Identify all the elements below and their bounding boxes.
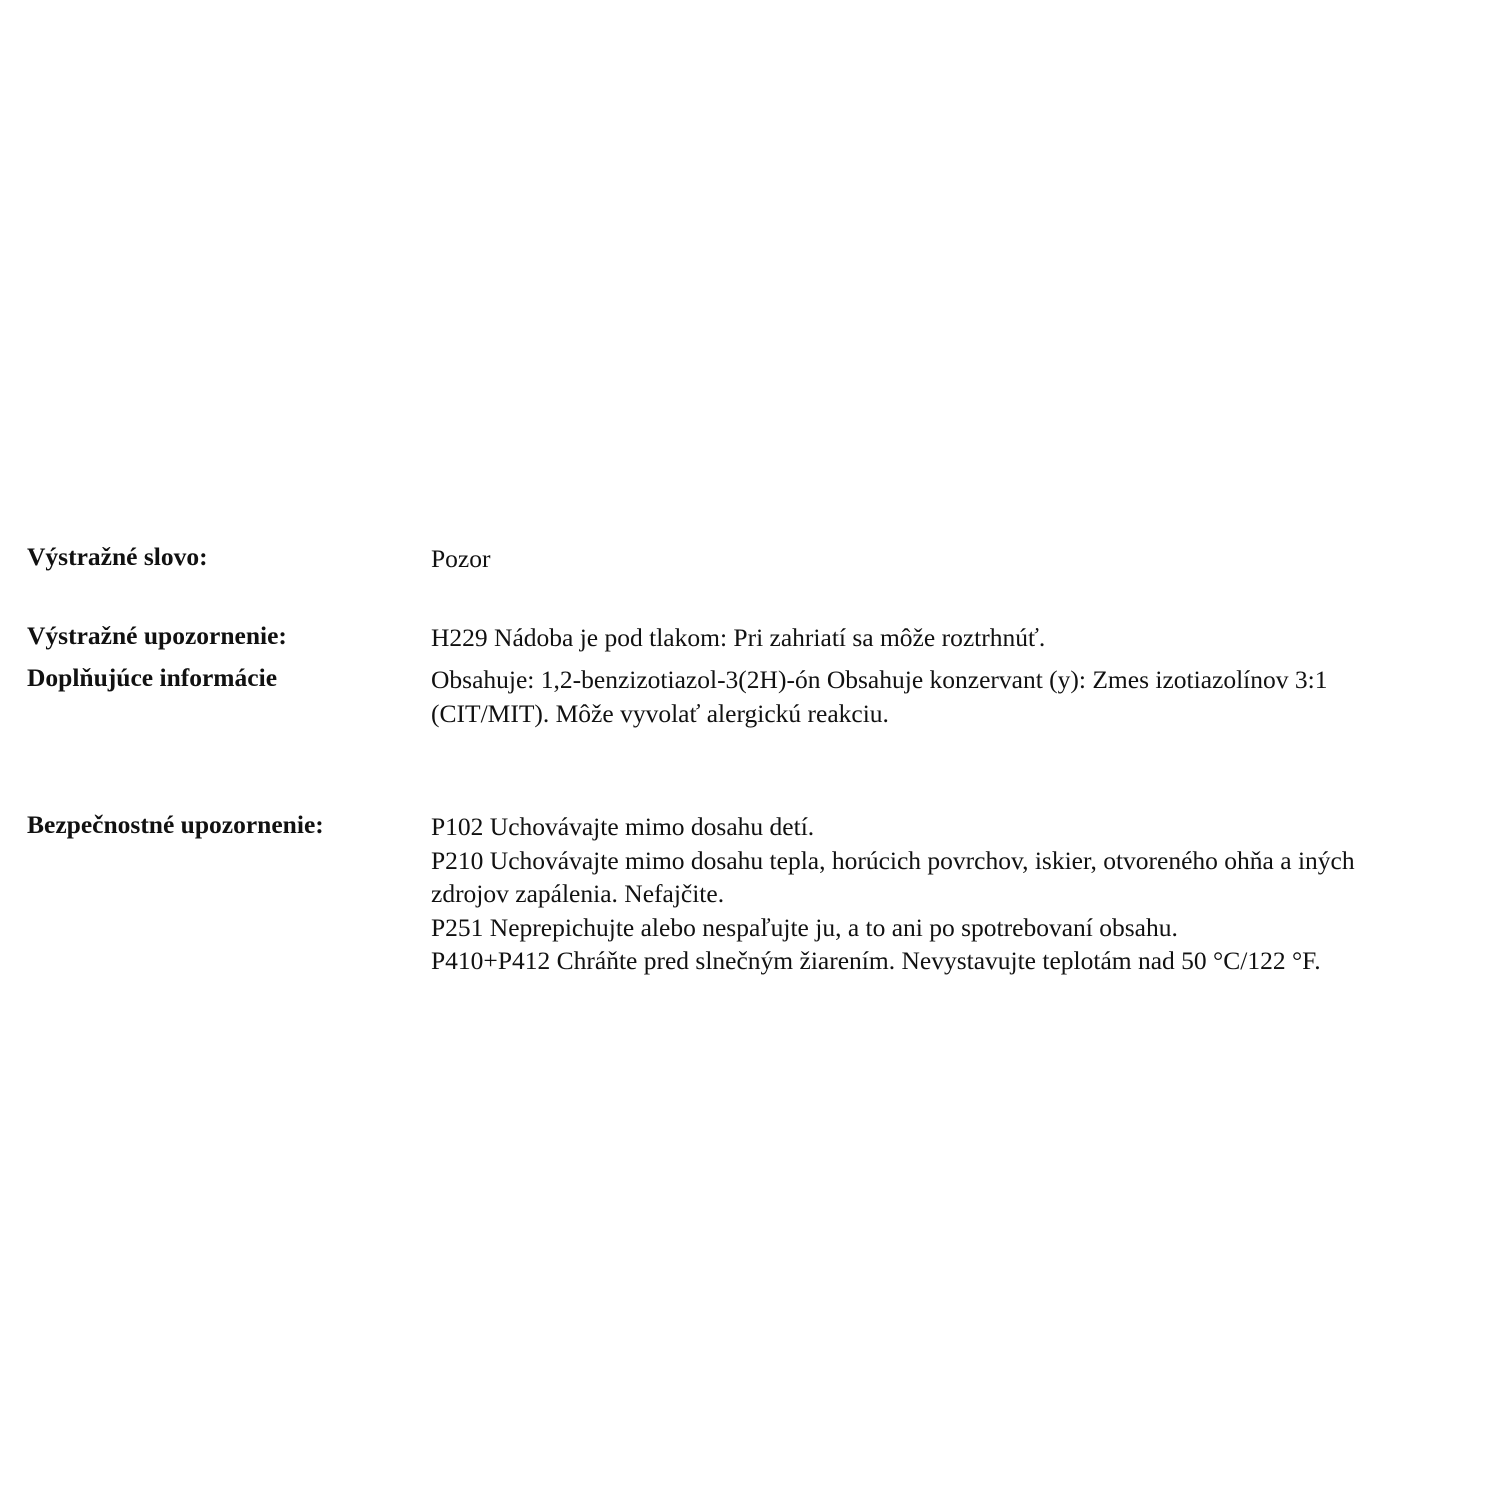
precautionary-line: zdrojov zapálenia. Nefajčite. [431, 877, 1496, 911]
supplementary-info-line: (CIT/MIT). Môže vyvolať alergickú reakci… [431, 697, 1496, 731]
hazard-statement-text: H229 Nádoba je pod tlakom: Pri zahriatí … [431, 621, 1496, 655]
signal-word-text: Pozor [431, 542, 1496, 576]
precautionary-line: P410+P412 Chráňte pred slnečným žiarením… [431, 944, 1496, 978]
precautionary-statement-value: P102 Uchovávajte mimo dosahu detí. P210 … [431, 810, 1496, 978]
precautionary-line: P251 Neprepichujte alebo nespaľujte ju, … [431, 911, 1496, 945]
supplementary-info-label: Doplňujúce informácie [27, 663, 277, 693]
hazard-statement-label: Výstražné upozornenie: [27, 621, 287, 651]
hazard-statement-value: H229 Nádoba je pod tlakom: Pri zahriatí … [431, 621, 1496, 655]
signal-word-label: Výstražné slovo: [27, 542, 208, 572]
supplementary-info-line: Obsahuje: 1,2-benzizotiazol-3(2H)-ón Obs… [431, 663, 1496, 697]
precautionary-line: P102 Uchovávajte mimo dosahu detí. [431, 810, 1496, 844]
precautionary-line: P210 Uchovávajte mimo dosahu tepla, horú… [431, 844, 1496, 878]
signal-word-value: Pozor [431, 542, 1496, 576]
supplementary-info-value: Obsahuje: 1,2-benzizotiazol-3(2H)-ón Obs… [431, 663, 1496, 730]
precautionary-statement-label: Bezpečnostné upozornenie: [27, 810, 324, 840]
